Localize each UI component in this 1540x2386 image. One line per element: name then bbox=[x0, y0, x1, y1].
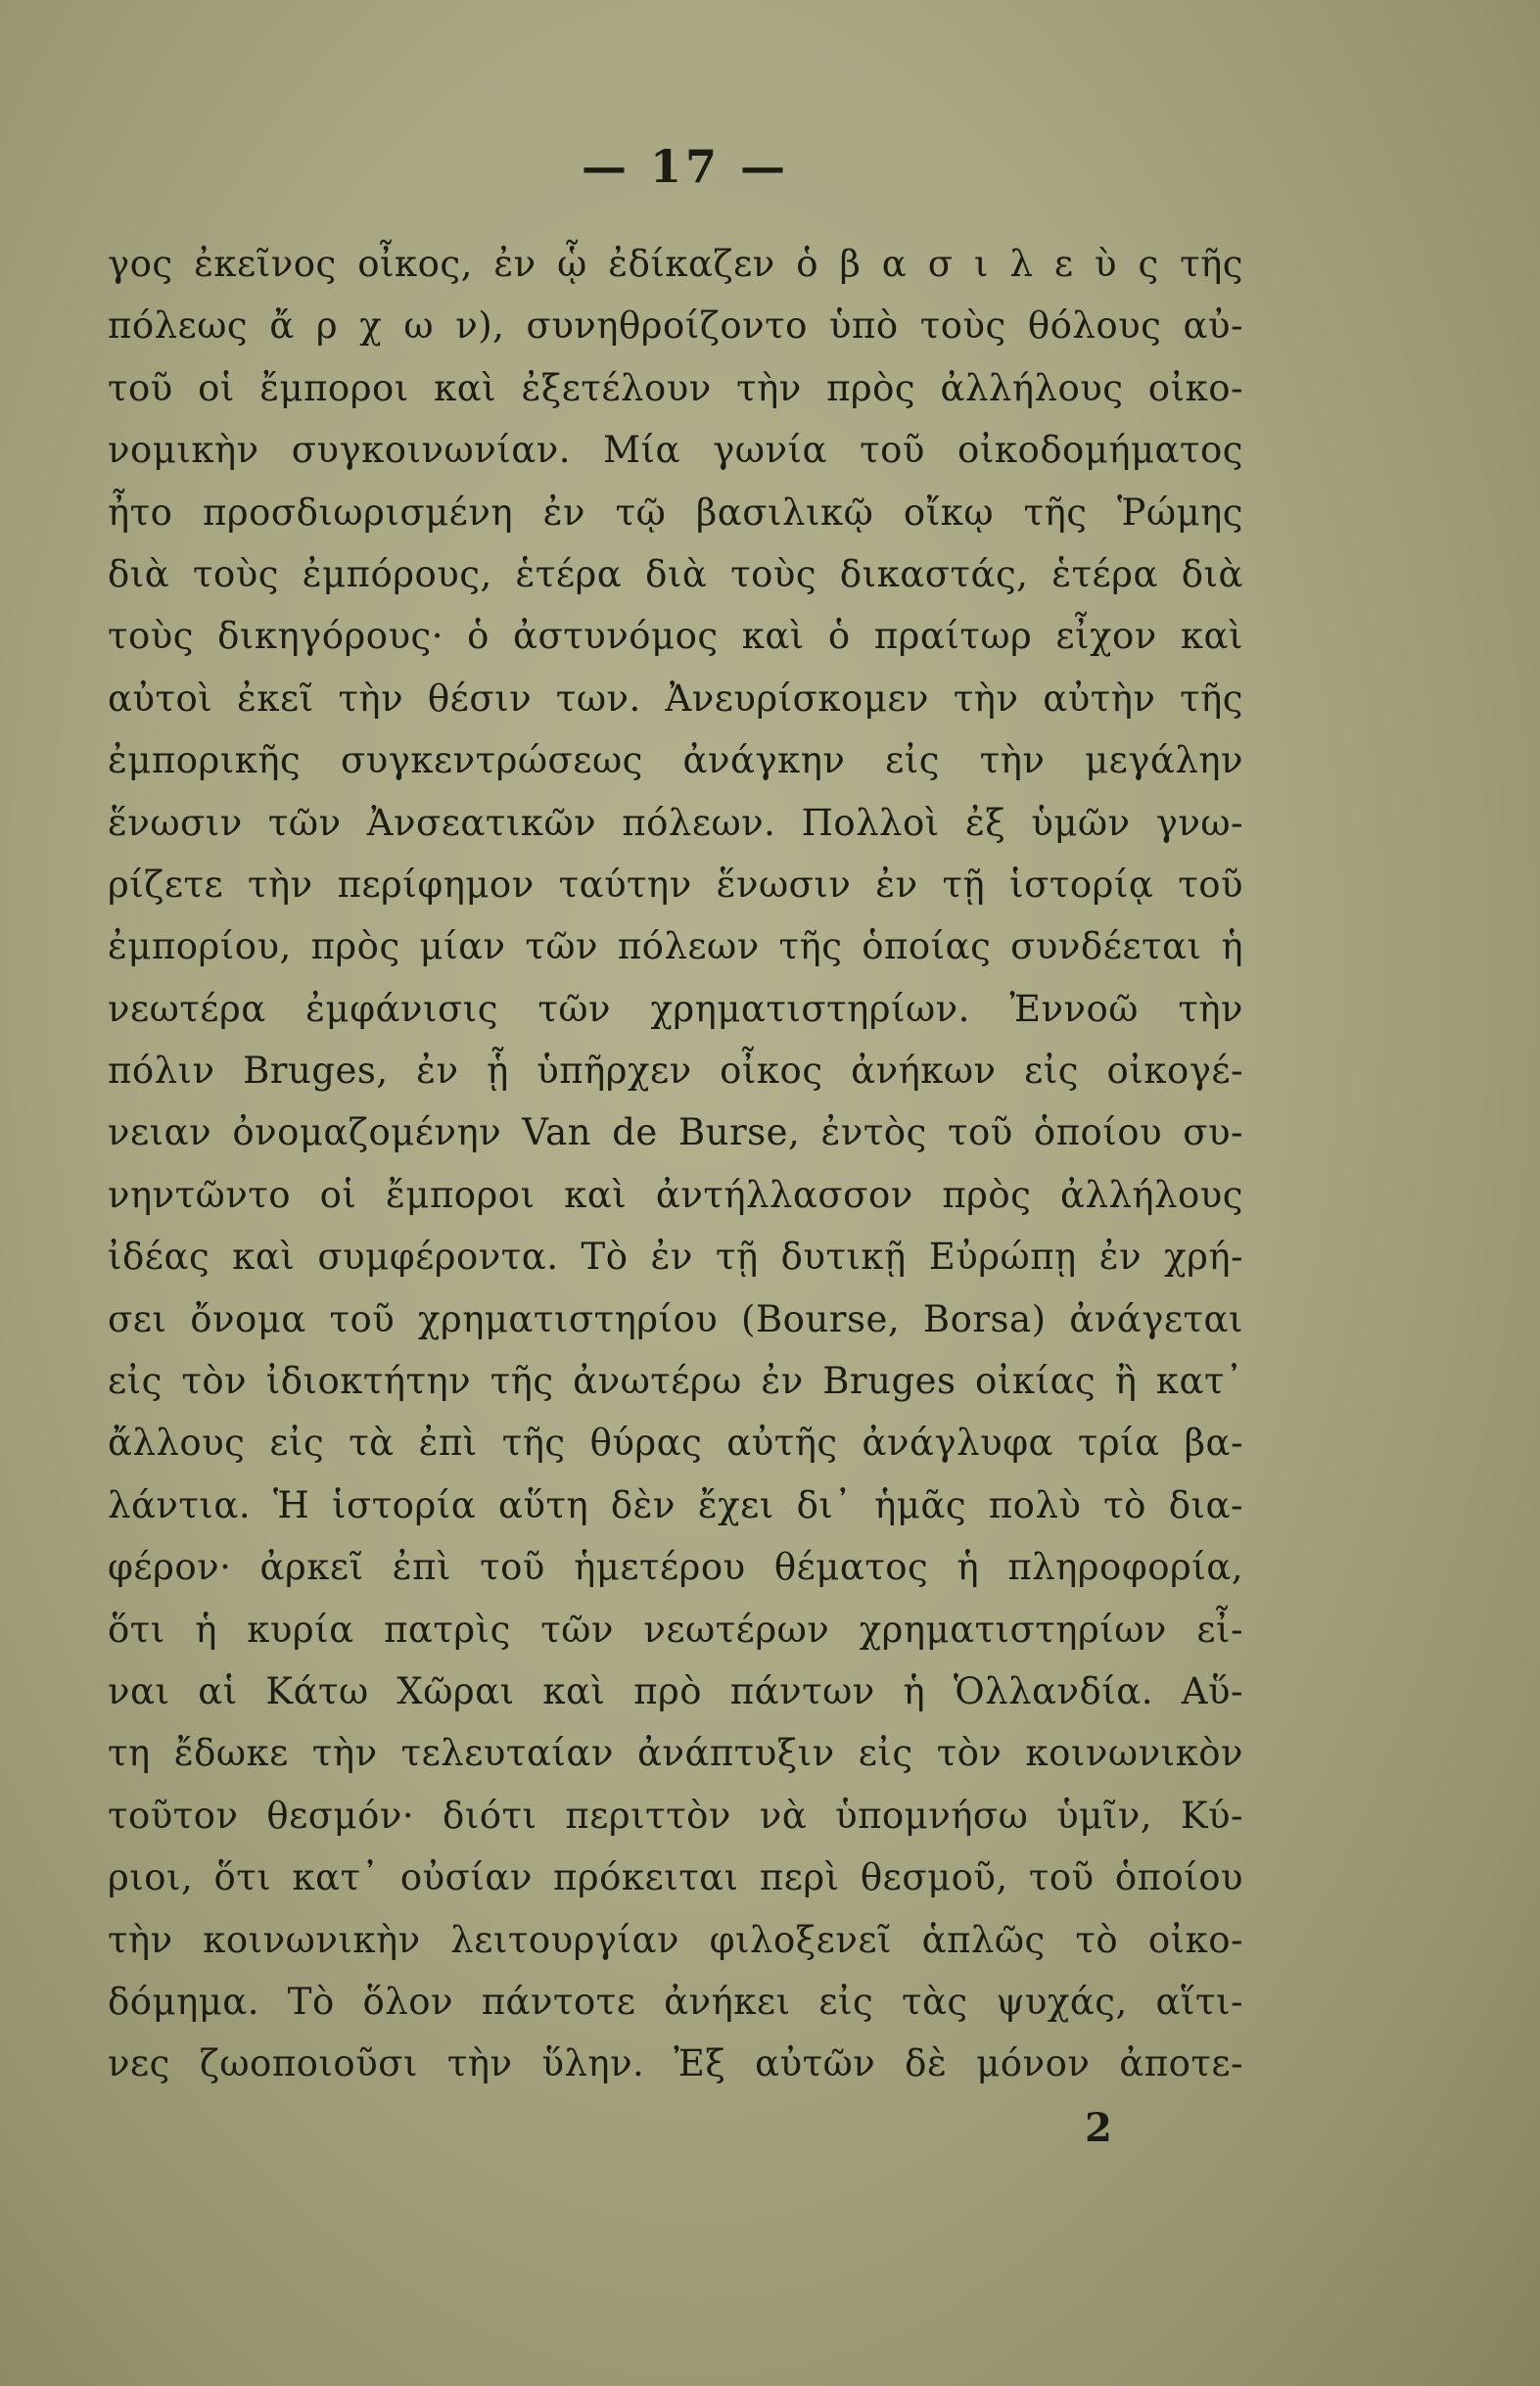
text-line: λάντια. Ἡ ἱστορία αὕτη δὲν ἔχει δι᾽ ἡμᾶς… bbox=[108, 1474, 1243, 1536]
text-line: ρίζετε τὴν περίφημον ταύτην ἕνωσιν ἐν τῇ… bbox=[108, 854, 1243, 915]
text-line: γος ἐκεῖνος οἶκος, ἐν ᾧ ἐδίκαζεν ὁ β α σ… bbox=[108, 233, 1243, 295]
text-line: τοῦ οἱ ἔμποροι καὶ ἐξετέλουν τὴν πρὸς ἀλ… bbox=[108, 357, 1243, 419]
text-line: νεωτέρα ἐμφάνισις τῶν χρηματιστηρίων. Ἐν… bbox=[108, 978, 1243, 1040]
text-line: ἄλλους εἰς τὰ ἐπὶ τῆς θύρας αὐτῆς ἀνάγλυ… bbox=[108, 1412, 1243, 1474]
signature-mark: 2 bbox=[1085, 2105, 1112, 2151]
text-line: νομικὴν συγκοινωνίαν. Μία γωνία τοῦ οἰκο… bbox=[108, 419, 1243, 481]
text-line: τοὺς δικηγόρους· ὁ ἀστυνόμος καὶ ὁ πραίτ… bbox=[108, 605, 1243, 667]
text-line: ἦτο προσδιωρισμένη ἐν τῷ βασιλικῷ οἴκῳ τ… bbox=[108, 482, 1243, 543]
text-line: σει ὄνομα τοῦ χρηματιστηρίου (Bourse, Bo… bbox=[108, 1288, 1243, 1350]
text-line: νηντῶντο οἱ ἔμποροι καὶ ἀντήλλασσον πρὸς… bbox=[108, 1164, 1243, 1226]
text-line: ἕνωσιν τῶν Ἀνσεατικῶν πόλεων. Πολλοὶ ἐξ … bbox=[108, 792, 1243, 854]
text-line: ἰδέας καὶ συμφέροντα. Τὸ ἐν τῇ δυτικῇ Εὐ… bbox=[108, 1226, 1243, 1287]
text-line: πόλιν Bruges, ἐν ᾗ ὑπῆρχεν οἶκος ἀνήκων … bbox=[108, 1040, 1243, 1101]
text-line: ἐμπορικῆς συγκεντρώσεως ἀνάγκην εἰς τὴν … bbox=[108, 729, 1243, 791]
text-line: τη ἔδωκε τὴν τελευταίαν ἀνάπτυξιν εἰς τὸ… bbox=[108, 1722, 1243, 1784]
text-line: νειαν ὀνομαζομένην Van de Burse, ἐντὸς τ… bbox=[108, 1101, 1243, 1163]
page-number: — 17 — bbox=[0, 140, 1371, 193]
text-line: ὅτι ἡ κυρία πατρὶς τῶν νεωτέρων χρηματισ… bbox=[108, 1599, 1243, 1661]
text-line: διὰ τοὺς ἐμπόρους, ἑτέρα διὰ τοὺς δικαστ… bbox=[108, 543, 1243, 605]
text-line: τοῦτον θεσμόν· διότι περιττὸν νὰ ὑπομνήσ… bbox=[108, 1785, 1243, 1847]
text-line: εἰς τὸν ἰδιοκτήτην τῆς ἀνωτέρω ἐν Bruges… bbox=[108, 1350, 1243, 1412]
text-line: τὴν κοινωνικὴν λειτουργίαν φιλοξενεῖ ἁπλ… bbox=[108, 1909, 1243, 1971]
text-line: ἐμπορίου, πρὸς μίαν τῶν πόλεων τῆς ὁποία… bbox=[108, 915, 1243, 977]
text-line: νες ζωοποιοῦσι τὴν ὕλην. Ἐξ αὐτῶν δὲ μόν… bbox=[108, 2033, 1243, 2094]
text-line: ναι αἱ Κάτω Χῶραι καὶ πρὸ πάντων ἡ Ὁλλαν… bbox=[108, 1661, 1243, 1722]
text-line: δόμημα. Τὸ ὅλον πάντοτε ἀνήκει εἰς τὰς ψ… bbox=[108, 1971, 1243, 2033]
text-line: αὐτοὶ ἐκεῖ τὴν θέσιν των. Ἀνευρίσκομεν τ… bbox=[108, 668, 1243, 729]
text-line: φέρον· ἀρκεῖ ἐπὶ τοῦ ἡμετέρου θέματος ἡ … bbox=[108, 1536, 1243, 1598]
text-line: πόλεως ἄ ρ χ ω ν), συνηθροίζοντο ὑπὸ τοὺ… bbox=[108, 295, 1243, 356]
text-line: ριοι, ὅτι κατ᾽ οὐσίαν πρόκειται περὶ θεσ… bbox=[108, 1847, 1243, 1908]
body-text: γος ἐκεῖνος οἶκος, ἐν ᾧ ἐδίκαζεν ὁ β α σ… bbox=[108, 233, 1243, 2095]
